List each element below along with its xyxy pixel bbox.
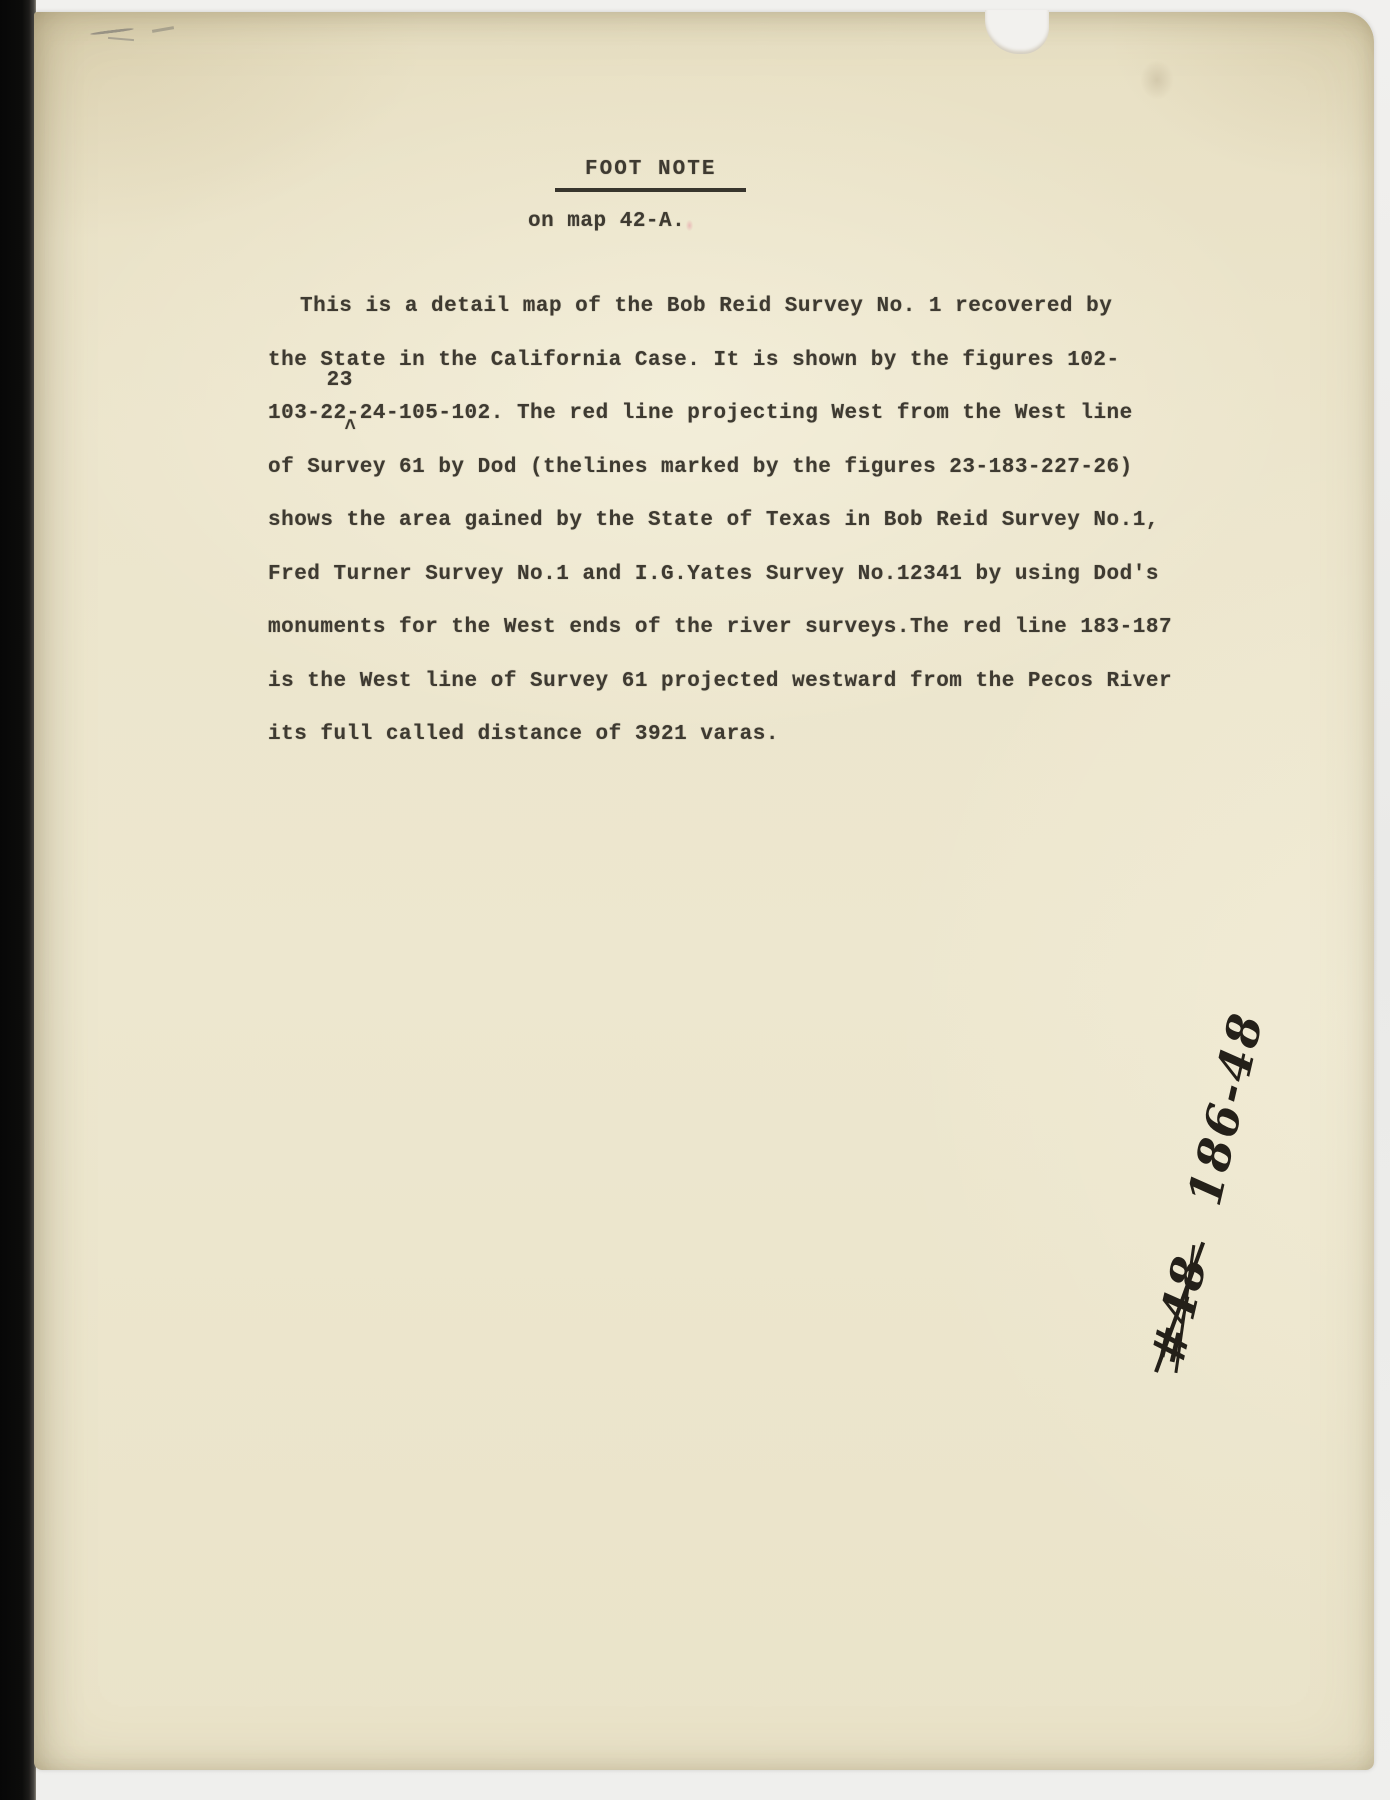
pencil-smudge — [152, 26, 174, 33]
scan-edge-shadow — [0, 0, 36, 1800]
paragraph-line: the State in the California Case. It is … — [268, 334, 1248, 388]
stain-smudge — [1140, 60, 1174, 100]
ink-dot — [686, 220, 693, 231]
paragraph-line: monuments for the West ends of the river… — [268, 601, 1248, 655]
paragraph-line: of Survey 61 by Dod (thelines marked by … — [268, 441, 1248, 495]
pencil-smudge — [90, 27, 134, 35]
pencil-smudge — [108, 37, 134, 41]
paragraph-line: shows the area gained by the State of Te… — [268, 494, 1248, 548]
document-subtitle: on map 42-A. — [528, 210, 685, 233]
paper-sheet: FOOT NOTE on map 42-A. This is a detail … — [34, 12, 1374, 1770]
paragraph-line: Fred Turner Survey No.1 and I.G.Yates Su… — [268, 548, 1248, 602]
paragraph: This is a detail map of the Bob Reid Sur… — [268, 280, 1248, 762]
torn-notch — [985, 10, 1049, 54]
paragraph-line: its full called distance of 3921 varas. — [268, 708, 1248, 762]
paragraph-line-with-insertion: 103-2223-^24-105-102. The red line proje… — [268, 387, 1248, 441]
insertion-mark: 23-^ — [347, 387, 360, 441]
crossed-out-number: #48 — [1140, 1249, 1218, 1370]
caret-mark: ^ — [345, 399, 357, 461]
insertion-suffix: 24-105-102. The red line projecting West… — [360, 402, 1133, 425]
paragraph-line: This is a detail map of the Bob Reid Sur… — [268, 280, 1248, 334]
document-title: FOOT NOTE — [555, 158, 746, 192]
paragraph-line: is the West line of Survey 61 projected … — [268, 655, 1248, 709]
